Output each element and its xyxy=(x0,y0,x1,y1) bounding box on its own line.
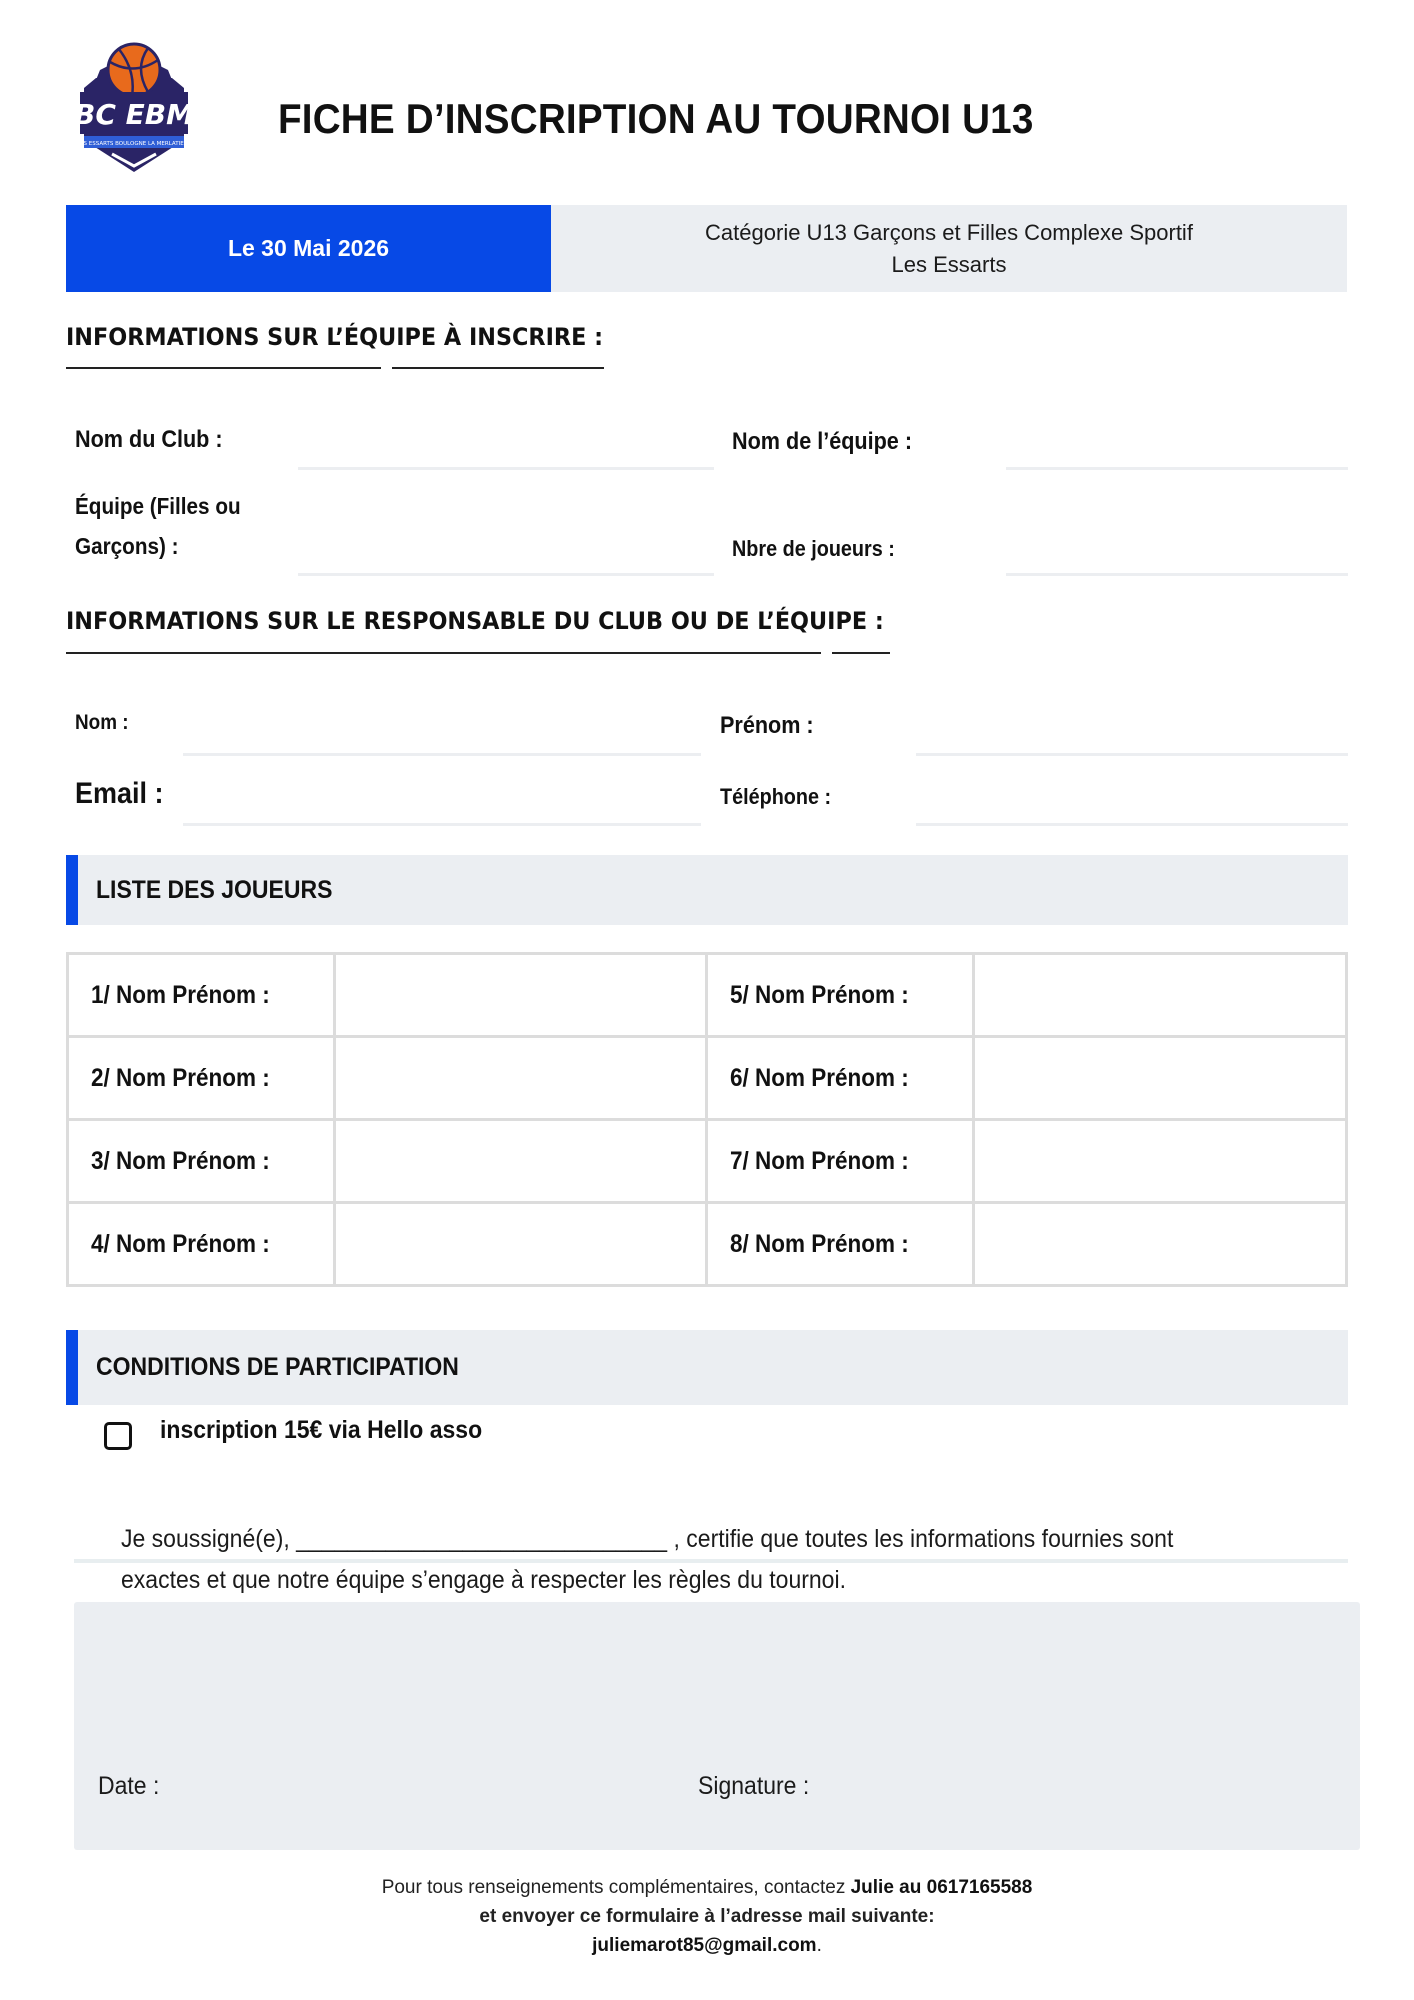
event-info-banner: Catégorie U13 Garçons et Filles Complexe… xyxy=(551,205,1347,292)
cert-suffix: , certifie que toutes les informations f… xyxy=(667,1525,1173,1553)
footer-instruction: et envoyer ce formulaire à l’adresse mai… xyxy=(0,1902,1414,1931)
player-label: 3/ Nom Prénom : xyxy=(68,1120,335,1203)
manager-email-field[interactable] xyxy=(183,823,701,826)
heading-underline xyxy=(832,652,890,654)
player-8-field[interactable] xyxy=(974,1203,1347,1286)
date-field[interactable] xyxy=(230,1740,650,1820)
conditions-section-header: CONDITIONS DE PARTICIPATION xyxy=(66,1330,1348,1405)
payment-checkbox-label: inscription 15€ via Hello asso xyxy=(160,1416,482,1445)
player-2-field[interactable] xyxy=(334,1037,707,1120)
player-6-field[interactable] xyxy=(974,1037,1347,1120)
footer-contact: Pour tous renseignements complémentaires… xyxy=(0,1873,1414,1902)
player-3-field[interactable] xyxy=(334,1120,707,1203)
section-accent-bar xyxy=(66,855,78,925)
player-7-field[interactable] xyxy=(974,1120,1347,1203)
manager-first-name-field[interactable] xyxy=(916,753,1348,756)
club-name-label: Nom du Club : xyxy=(75,426,223,454)
date-label: Date : xyxy=(98,1772,159,1801)
heading-underline xyxy=(66,652,821,654)
table-row: 4/ Nom Prénom : 8/ Nom Prénom : xyxy=(68,1203,1347,1286)
manager-phone-field[interactable] xyxy=(916,823,1348,826)
heading-underline xyxy=(392,367,604,369)
player-1-field[interactable] xyxy=(334,954,707,1037)
player-count-field[interactable] xyxy=(1006,573,1348,576)
manager-last-name-label: Nom : xyxy=(75,711,129,735)
certification-line-1: Je soussigné(e), _______________________… xyxy=(121,1525,1173,1554)
club-logo: BC EBM LES ESSARTS BOULOGNE LA MERLATIER… xyxy=(74,40,194,180)
contact-phone: Julie au 0617165588 xyxy=(851,1877,1033,1898)
player-label: 7/ Nom Prénom : xyxy=(707,1120,974,1203)
player-count-label: Nbre de joueurs : xyxy=(732,536,895,562)
divider xyxy=(74,1559,1348,1563)
player-5-field[interactable] xyxy=(974,954,1347,1037)
contact-email-link[interactable]: juliemarot85@gmail.com xyxy=(592,1935,816,1956)
table-row: 2/ Nom Prénom : 6/ Nom Prénom : xyxy=(68,1037,1347,1120)
player-label: 4/ Nom Prénom : xyxy=(68,1203,335,1286)
manager-phone-label: Téléphone : xyxy=(720,784,831,810)
footer-text: Pour tous renseignements complémentaires… xyxy=(382,1877,851,1898)
club-name-field[interactable] xyxy=(298,467,714,470)
player-label: 1/ Nom Prénom : xyxy=(68,954,335,1037)
payment-checkbox[interactable] xyxy=(104,1422,132,1450)
event-category-location: Catégorie U13 Garçons et Filles Complexe… xyxy=(705,217,1193,249)
team-gender-field[interactable] xyxy=(298,573,714,576)
certification-line-2: exactes et que notre équipe s’engage à r… xyxy=(121,1566,846,1595)
svg-text:BC EBM: BC EBM xyxy=(74,98,194,131)
team-gender-label: Équipe (Filles ou xyxy=(75,493,241,520)
heading-underline xyxy=(66,367,381,369)
event-venue: Les Essarts xyxy=(892,249,1007,281)
player-label: 8/ Nom Prénom : xyxy=(707,1203,974,1286)
page-title: FICHE D’INSCRIPTION AU TOURNOI U13 xyxy=(278,95,1034,143)
basketball-shield-icon: BC EBM LES ESSARTS BOULOGNE LA MERLATIER… xyxy=(74,40,194,180)
manager-last-name-field[interactable] xyxy=(183,753,701,756)
footer-email: juliemarot85@gmail.com. xyxy=(0,1931,1414,1960)
event-date: Le 30 Mai 2026 xyxy=(228,235,389,262)
team-section-heading: INFORMATIONS SUR L’ÉQUIPE À INSCRIRE : xyxy=(66,323,603,351)
manager-section-heading: INFORMATIONS SUR LE RESPONSABLE DU CLUB … xyxy=(66,607,884,635)
manager-first-name-label: Prénom : xyxy=(720,712,814,740)
table-row: 3/ Nom Prénom : 7/ Nom Prénom : xyxy=(68,1120,1347,1203)
svg-text:LES ESSARTS BOULOGNE LA MERLAT: LES ESSARTS BOULOGNE LA MERLATIERE xyxy=(77,141,191,147)
table-row: 1/ Nom Prénom : 5/ Nom Prénom : xyxy=(68,954,1347,1037)
signature-label: Signature : xyxy=(698,1772,809,1801)
team-name-field[interactable] xyxy=(1006,467,1348,470)
player-label: 6/ Nom Prénom : xyxy=(707,1037,974,1120)
players-table: 1/ Nom Prénom : 5/ Nom Prénom : 2/ Nom P… xyxy=(66,952,1348,1287)
event-date-banner: Le 30 Mai 2026 xyxy=(66,205,551,292)
players-section-header: LISTE DES JOUEURS xyxy=(66,855,1348,925)
players-section-heading: LISTE DES JOUEURS xyxy=(96,855,332,925)
team-name-label: Nom de l’équipe : xyxy=(732,428,912,456)
manager-email-label: Email : xyxy=(75,777,164,811)
player-4-field[interactable] xyxy=(334,1203,707,1286)
team-gender-label-cont: Garçons) : xyxy=(75,533,179,560)
player-label: 5/ Nom Prénom : xyxy=(707,954,974,1037)
cert-prefix: Je soussigné(e), xyxy=(121,1525,296,1553)
footer-period: . xyxy=(817,1935,822,1956)
player-label: 2/ Nom Prénom : xyxy=(68,1037,335,1120)
conditions-section-heading: CONDITIONS DE PARTICIPATION xyxy=(96,1330,459,1405)
signature-field[interactable] xyxy=(840,1740,1340,1820)
section-accent-bar xyxy=(66,1330,78,1405)
signatory-name-blank[interactable]: _____________________________ xyxy=(296,1525,667,1553)
